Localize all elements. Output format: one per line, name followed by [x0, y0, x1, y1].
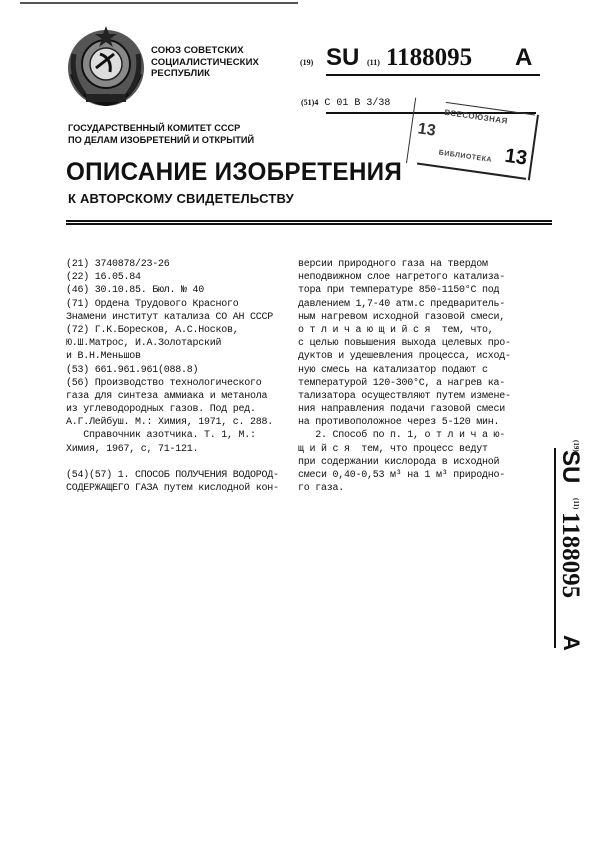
- text-line: (72) Г.К.Боресков, А.С.Носков,: [66, 324, 279, 337]
- side-patent-number: 1188095: [556, 512, 584, 598]
- side-id-underline: [554, 448, 556, 648]
- text-line: тализатора осуществляют путем измене-: [298, 390, 511, 403]
- kind-code: A: [515, 44, 532, 72]
- text-line: го газа.: [298, 482, 511, 495]
- side-number-code-label: (11): [572, 498, 580, 509]
- text-line: при содержании кислорода в исходной: [298, 456, 511, 469]
- patent-number: 1188095: [386, 44, 472, 72]
- ipc-code: C 01 B 3/38: [324, 98, 390, 109]
- text-line: щ и й с я тем, что процесс ведут: [298, 443, 511, 456]
- country-code: SU: [326, 44, 359, 72]
- text-line: давлением 1,7-40 атм.с предваритель-: [298, 298, 511, 311]
- top-border-rule: [20, 2, 298, 4]
- committee-line: ПО ДЕЛАМ ИЗОБРЕТЕНИЙ И ОТКРЫТИЙ: [68, 135, 254, 147]
- bibliographic-column: (21) 3740878/23-26(22) 16.05.84(46) 30.1…: [66, 258, 279, 495]
- text-line: тора при температуре 850-1150°С под: [298, 284, 511, 297]
- union-line: СОЮЗ СОВЕТСКИХ: [151, 45, 259, 57]
- text-line: А.Г.Лейбуш. М.: Химия, 1971, с. 288.: [66, 416, 279, 429]
- side-patent-identifier: (19) SU (11) 1188095 A: [524, 440, 584, 670]
- text-line: неподвижном слое нагретого катализа-: [298, 271, 511, 284]
- text-line: ным нагревом исходной газовой смеси,: [298, 311, 511, 324]
- text-line: Справочник азотчика. Т. 1, М.:: [66, 429, 279, 442]
- patent-id-underline: [326, 74, 540, 76]
- stamp-left-number: 13: [417, 120, 437, 140]
- union-line: СОЦИАЛИСТИЧЕСКИХ: [151, 57, 259, 69]
- text-line: (56) Производство технологического: [66, 377, 279, 390]
- text-line: версии природного газа на твердом: [298, 258, 511, 271]
- text-line: о т л и ч а ю щ и й с я тем, что,: [298, 324, 511, 337]
- text-line: ния направления подачи газовой смеси: [298, 403, 511, 416]
- text-line: на противоположное через 5-120 мин.: [298, 416, 511, 429]
- text-line: смеси 0,40-0,53 м³ на 1 м³ природно-: [298, 469, 511, 482]
- stamp-right-number: 13: [503, 145, 528, 171]
- text-line: Ю.Ш.Матрос, И.А.Золотарский: [66, 337, 279, 350]
- ussr-state-emblem-icon: [62, 24, 150, 110]
- committee-line: ГОСУДАРСТВЕННЫЙ КОМИТЕТ СССР: [68, 123, 254, 135]
- text-line: [66, 456, 279, 469]
- text-line: из углеводородных газов. Под ред.: [66, 403, 279, 416]
- text-line: (21) 3740878/23-26: [66, 258, 279, 271]
- country-code-label: (19): [300, 58, 313, 67]
- union-line: РЕСПУБЛИК: [151, 68, 259, 80]
- text-line: Знамени институт катализа СО АН СССР: [66, 311, 279, 324]
- header-double-rule: [66, 220, 552, 225]
- text-line: (22) 16.05.84: [66, 271, 279, 284]
- committee-name: ГОСУДАРСТВЕННЫЙ КОМИТЕТ СССР ПО ДЕЛАМ ИЗ…: [68, 123, 254, 146]
- side-kind-code: A: [558, 635, 584, 651]
- text-line: (54)(57) 1. СПОСОБ ПОЛУЧЕНИЯ ВОДОРОД-: [66, 469, 279, 482]
- stamp-bottom-text: БИБЛИОТЕКА: [438, 149, 492, 163]
- claims-column: версии природного газа на твердомнеподви…: [298, 258, 511, 495]
- side-country-code: SU: [556, 450, 584, 483]
- text-line: температурой 120-300°С, а нагрев ка-: [298, 377, 511, 390]
- text-line: и В.Н.Меньшов: [66, 350, 279, 363]
- text-line: 2. Способ по п. 1, о т л и ч а ю-: [298, 429, 511, 442]
- text-line: с целью повышения выхода целевых про-: [298, 337, 511, 350]
- ipc-prefix: (51)4: [301, 98, 318, 107]
- text-line: Химия, 1967, с, 71-121.: [66, 443, 279, 456]
- document-subtitle: К АВТОРСКОМУ СВИДЕТЕЛЬСТВУ: [68, 191, 294, 206]
- number-code-label: (11): [367, 58, 380, 67]
- text-line: ную смесь на катализатор подают с: [298, 364, 511, 377]
- library-stamp: ВСЕСОЮЗНАЯ 13 13 БИБЛИОТЕКА: [406, 98, 539, 181]
- ipc-classification: (51)4 C 01 B 3/38: [301, 98, 390, 109]
- document-title: ОПИСАНИЕ ИЗОБРЕТЕНИЯ: [66, 158, 402, 187]
- text-line: (53) 661.961.961(088.8): [66, 364, 279, 377]
- text-line: (46) 30.10.85. Бюл. № 40: [66, 284, 279, 297]
- stamp-top-text: ВСЕСОЮЗНАЯ: [444, 108, 509, 126]
- union-name: СОЮЗ СОВЕТСКИХ СОЦИАЛИСТИЧЕСКИХ РЕСПУБЛИ…: [151, 45, 259, 80]
- text-line: газа для синтеза аммиака и метанола: [66, 390, 279, 403]
- text-line: СОДЕРЖАЩЕГО ГАЗА путем кислодной кон-: [66, 482, 279, 495]
- text-line: дуктов и удешевления процесса, исход-: [298, 350, 511, 363]
- text-line: (71) Ордена Трудового Красного: [66, 298, 279, 311]
- patent-identifier: (19) SU (11) 1188095 A: [300, 46, 548, 76]
